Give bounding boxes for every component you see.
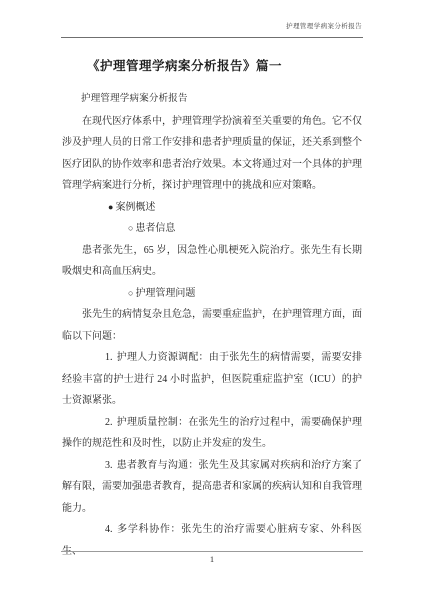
running-header: 护理管理学病案分析报告 (62, 21, 362, 30)
footer-rule (61, 551, 363, 552)
document-subtitle: 护理管理学病案分析报告 (62, 89, 362, 111)
bullet-filled-icon: ● (85, 197, 113, 219)
item-number: 1. (105, 352, 113, 363)
subsection-heading-management-problems: ○护理管理问题 (62, 283, 362, 305)
problem-intro-paragraph: 张先生的病情复杂且危急，需要重症监护，在护理管理方面，面临以下问题： (62, 304, 362, 347)
item-number: 2. (105, 417, 113, 428)
item-number: 3. (105, 460, 113, 471)
bullet-open-icon: ○ (95, 283, 133, 305)
intro-paragraph: 在现代医疗体系中，护理管理学扮演着至关重要的角色。它不仅涉及护理人员的日常工作安… (62, 111, 362, 197)
page-number: 1 (0, 554, 424, 564)
subsection-heading-label: 患者信息 (135, 223, 175, 234)
document-title: 《护理管理学病案分析报告》篇一 (62, 56, 362, 76)
numbered-item-1: 1.护理人力资源调配：由于张先生的病情需要，需要安排经验丰富的护士进行 24 小… (62, 347, 362, 412)
numbered-item-3: 3.患者教育与沟通：张先生及其家属对疾病和治疗方案了解有限，需要加强患者教育，提… (62, 455, 362, 520)
section-heading-case-overview: ●案例概述 (62, 197, 362, 219)
bullet-open-icon: ○ (95, 218, 133, 240)
subsection-heading-label: 护理管理问题 (135, 288, 195, 299)
patient-info-paragraph: 患者张先生，65 岁，因急性心肌梗死入院治疗。张先生有长期吸烟史和高血压病史。 (62, 240, 362, 283)
subsection-heading-patient-info: ○患者信息 (62, 218, 362, 240)
header-rule (61, 37, 363, 38)
document-body: 《护理管理学病案分析报告》篇一 护理管理学病案分析报告 在现代医疗体系中，护理管… (62, 56, 362, 562)
numbered-item-2: 2.护理质量控制：在张先生的治疗过程中，需要确保护理操作的规范性和及时性，以防止… (62, 412, 362, 455)
document-page: 护理管理学病案分析报告 《护理管理学病案分析报告》篇一 护理管理学病案分析报告 … (0, 0, 424, 600)
item-number: 4. (105, 524, 113, 535)
section-heading-label: 案例概述 (115, 202, 155, 213)
